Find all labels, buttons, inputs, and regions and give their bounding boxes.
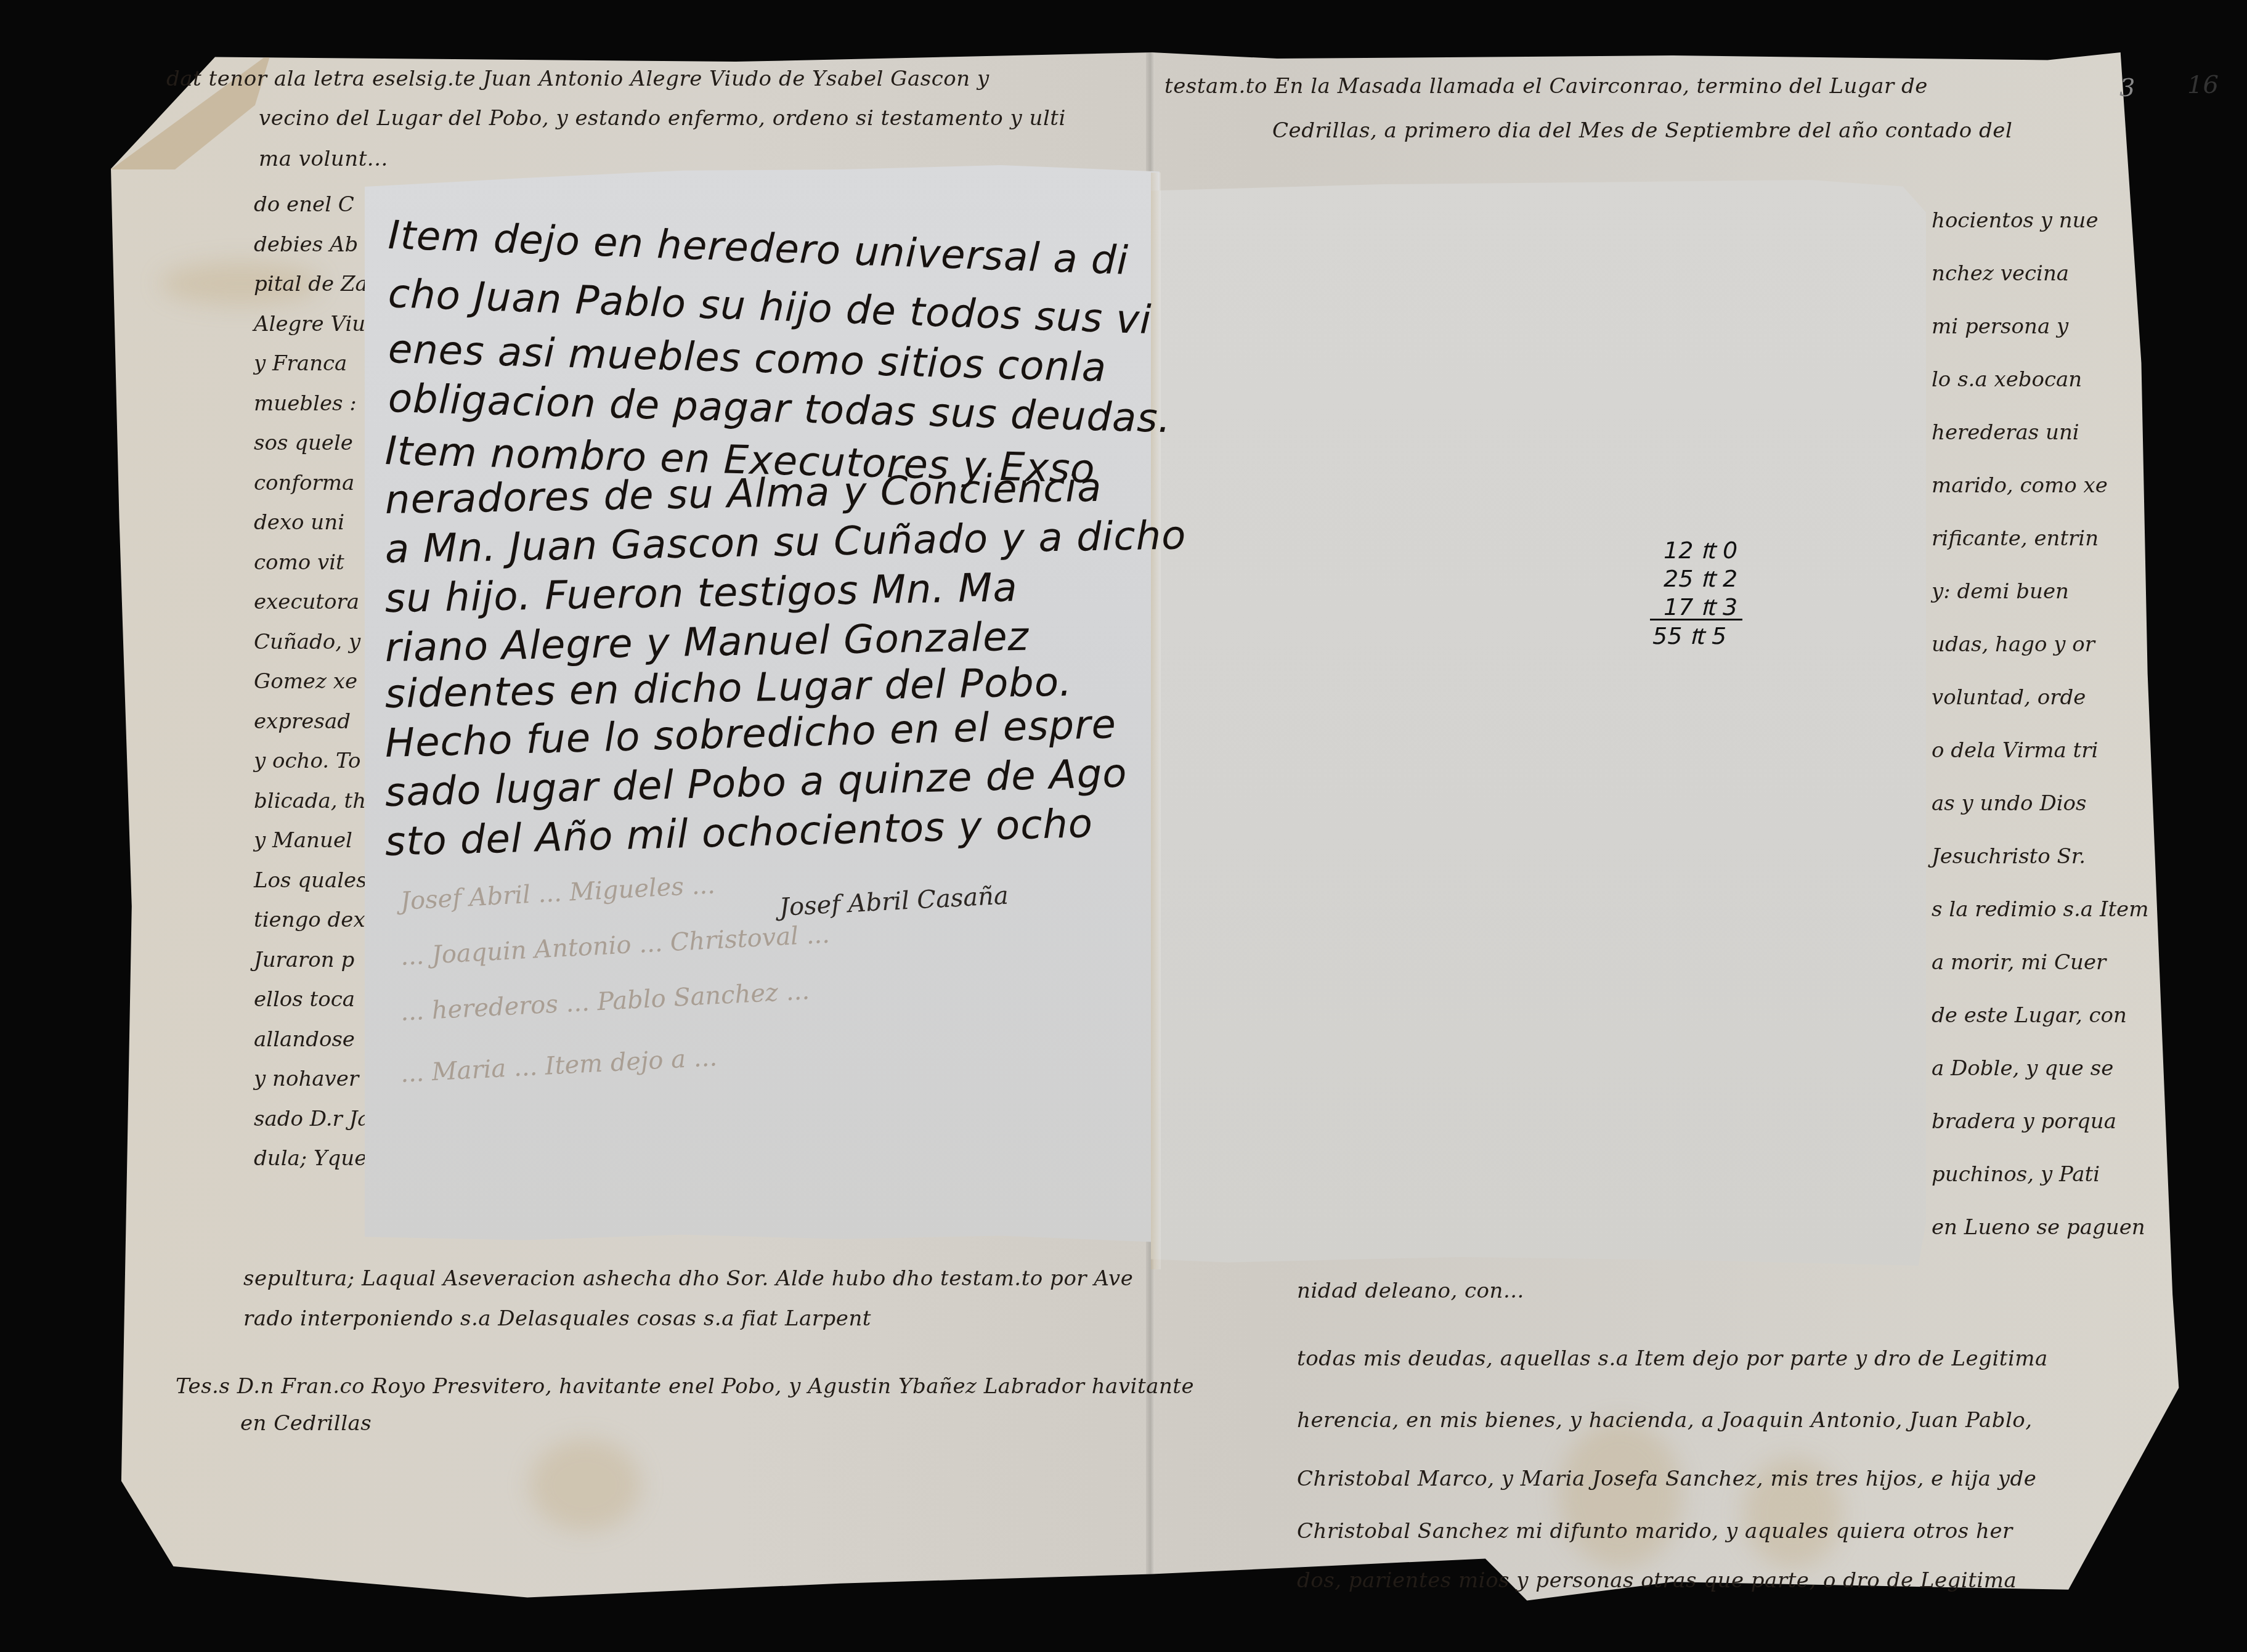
sum-total: 55 ₶ 5 xyxy=(1652,622,1742,650)
text-line: as y undo Dios xyxy=(1932,777,2148,830)
text-line: ellos toca xyxy=(254,980,382,1020)
text-line: de este Lugar, con xyxy=(1932,989,2148,1042)
text-line: a morir, mi Cuer xyxy=(1932,936,2148,989)
text-line: dula; Yque xyxy=(254,1139,382,1179)
sum-entry: 17 ₶ 3 xyxy=(1664,593,1742,621)
text-line: sos quele xyxy=(254,423,382,463)
text-line: y Manuel xyxy=(254,821,382,861)
text-line: y ocho. To xyxy=(254,741,382,781)
text-line: sado D.r Jav xyxy=(254,1099,382,1139)
left-page-top-line-3: ma volunt... xyxy=(259,147,388,171)
text-line: y Franca xyxy=(254,344,382,384)
text-line: muebles : xyxy=(254,384,382,424)
text-line: en Lueno se paguen xyxy=(1932,1201,2148,1254)
text-line: lo s.a xebocan xyxy=(1932,353,2148,406)
text-line: Cuñado, y xyxy=(254,622,382,662)
right-page-top-line-1: testam.to En la Masada llamada el Cavirc… xyxy=(1164,74,1928,99)
text-line: debies Ab xyxy=(254,225,382,265)
faint-page-number: 3 xyxy=(2119,74,2135,102)
text-line: blicada, th xyxy=(254,781,382,821)
text-line: voluntad, orde xyxy=(1932,671,2148,724)
left-page-bottom-line-1: sepultura; Laqual Aseveracion ashecha dh… xyxy=(243,1266,1133,1291)
text-line: nchez vecina xyxy=(1932,247,2148,300)
right-page-bottom-line-3: herencia, en mis bienes, y hacienda, a J… xyxy=(1297,1408,2033,1433)
right-page-bottom-line-4: Christobal Marco, y Maria Josefa Sanchez… xyxy=(1297,1467,2036,1491)
page-number: 16 xyxy=(2187,71,2219,99)
text-line: y nohaver xyxy=(254,1059,382,1099)
text-line: Alegre Viu xyxy=(254,304,382,344)
water-stain xyxy=(530,1439,641,1531)
text-line: mi persona y xyxy=(1932,300,2148,353)
text-line: conforma xyxy=(254,463,382,503)
right-page-bottom-line-1: nidad deleano, con... xyxy=(1297,1279,1524,1303)
text-line: o dela Virma tri xyxy=(1932,724,2148,777)
text-line: Los quales xyxy=(254,861,382,901)
text-line: rificante, entrin xyxy=(1932,512,2148,565)
left-page-top-line-2: vecino del Lugar del Pobo, y estando enf… xyxy=(259,106,1066,131)
overlay-fold xyxy=(1151,173,1161,1269)
witnesses-line-2: en Cedrillas xyxy=(240,1411,372,1436)
left-page-bottom-line-2: rado interponiendo s.a Delasquales cosas… xyxy=(243,1306,871,1331)
right-page-bottom-line-2: todas mis deudas, aquellas s.a Item dejo… xyxy=(1297,1346,2048,1371)
text-line: bradera y porqua xyxy=(1932,1095,2148,1148)
text-line: pital de Za xyxy=(254,264,382,304)
text-line: y: demi buen xyxy=(1932,565,2148,618)
right-page-top-line-2: Cedrillas, a primero dia del Mes de Sept… xyxy=(1272,118,2012,143)
text-line: herederas uni xyxy=(1932,406,2148,459)
text-line: executora xyxy=(254,582,382,622)
text-line: marido, como xe xyxy=(1932,459,2148,512)
water-stain xyxy=(1559,1420,1682,1568)
right-page-bottom-line-6: dos, parientes mios y personas otras que… xyxy=(1297,1568,2017,1593)
text-line: udas, hago y or xyxy=(1932,618,2148,671)
text-line: Juraron p xyxy=(254,940,382,980)
right-page-column: hocientos y nue nchez vecina mi persona … xyxy=(1932,194,2148,1254)
right-page-bottom-line-5: Christobal Sanchez mi difunto marido, y … xyxy=(1297,1519,2013,1544)
text-line: Jesuchristo Sr. xyxy=(1932,830,2148,883)
text-line: expresad xyxy=(254,702,382,742)
text-line: a Doble, y que se xyxy=(1932,1042,2148,1095)
text-line: dat tenor ala letra eselsig.te Juan Anto… xyxy=(166,67,989,91)
text-line: allandose xyxy=(254,1020,382,1060)
text-line: hocientos y nue xyxy=(1932,194,2148,247)
text-line: puchinos, y Pati xyxy=(1932,1148,2148,1201)
text-line: como vit xyxy=(254,543,382,583)
left-page-top-line-1: dat tenor ala letra eselsig.te Juan Anto… xyxy=(166,67,989,91)
sum-entry: 25 ₶ 2 xyxy=(1664,564,1742,593)
text-line: s la redimio s.a Item xyxy=(1932,883,2148,936)
text-line: Gomez xe xyxy=(254,662,382,702)
text-line: do enel C xyxy=(254,185,382,225)
text-line: tiengo dex xyxy=(254,900,382,940)
witnesses-line-1: Tes.s D.n Fran.co Royo Presvitero, havit… xyxy=(176,1374,1194,1399)
arithmetic-sum: 12 ₶ 0 25 ₶ 2 17 ₶ 3 55 ₶ 5 xyxy=(1664,536,1742,650)
left-page-margin-column: do enel C debies Ab pital de Za Alegre V… xyxy=(254,185,382,1179)
text-line: dexo uni xyxy=(254,503,382,543)
overlay-sheet-right-page xyxy=(1151,180,1926,1266)
sum-entry: 12 ₶ 0 xyxy=(1664,536,1742,564)
